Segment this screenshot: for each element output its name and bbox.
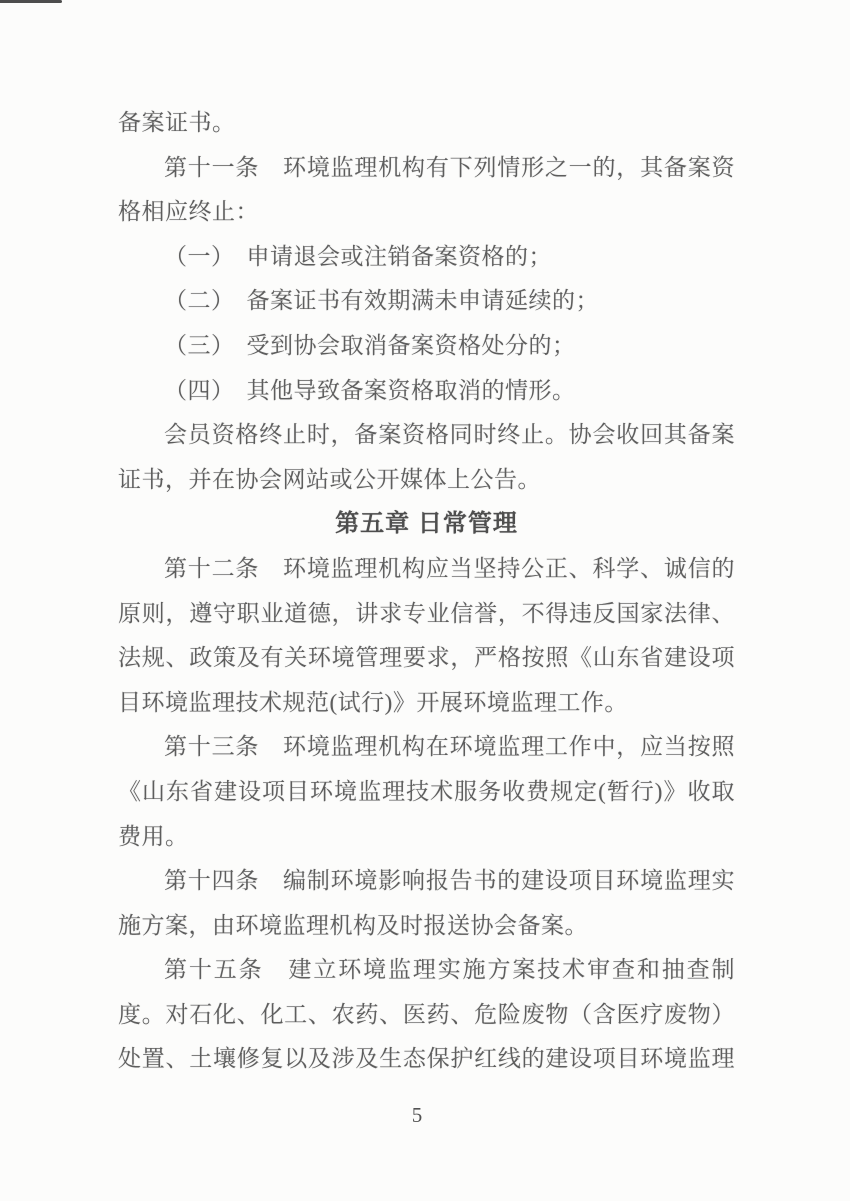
- scanned-document-page: 备案证书。 第十一条 环境监理机构有下列情形之一的，其备案资 格相应终止： （一…: [0, 0, 850, 1201]
- scan-edge-artifact: [0, 0, 62, 3]
- article-11-line: 第十一条 环境监理机构有下列情形之一的，其备案资: [118, 146, 735, 191]
- list-item-1: （一） 申请退会或注销备案资格的；: [118, 235, 735, 280]
- text-line: 会员资格终止时，备案资格同时终止。协会收回其备案: [118, 413, 735, 458]
- text-line: 费用。: [118, 815, 735, 860]
- text-line: 度。对石化、化工、农药、医药、危险废物（含医疗废物）: [118, 993, 735, 1038]
- list-item-2: （二） 备案证书有效期满未申请延续的；: [118, 279, 735, 324]
- article-15-line: 第十五条 建立环境监理实施方案技术审查和抽查制: [118, 948, 735, 993]
- document-body: 备案证书。 第十一条 环境监理机构有下列情形之一的，其备案资 格相应终止： （一…: [118, 101, 735, 1082]
- text-line: 目环境监理技术规范(试行)》开展环境监理工作。: [118, 681, 735, 726]
- text-line: 证书，并在协会网站或公开媒体上公告。: [118, 458, 735, 503]
- text-line: 施方案，由环境监理机构及时报送协会备案。: [118, 904, 735, 949]
- list-item-4: （四） 其他导致备案资格取消的情形。: [118, 369, 735, 414]
- page-number: 5: [0, 1103, 834, 1128]
- text-line: 格相应终止：: [118, 190, 735, 235]
- text-line: 备案证书。: [118, 101, 735, 146]
- text-line: 处置、土壤修复以及涉及生态保护红线的建设项目环境监理: [118, 1037, 735, 1082]
- article-12-line: 第十二条 环境监理机构应当坚持公正、科学、诚信的: [118, 547, 735, 592]
- chapter-heading: 第五章 日常管理: [118, 502, 735, 547]
- article-14-line: 第十四条 编制环境影响报告书的建设项目环境监理实: [118, 859, 735, 904]
- article-13-line: 第十三条 环境监理机构在环境监理工作中，应当按照: [118, 725, 735, 770]
- text-line: 原则，遵守职业道德，讲求专业信誉，不得违反国家法律、: [118, 592, 735, 637]
- list-item-3: （三） 受到协会取消备案资格处分的；: [118, 324, 735, 369]
- text-line: 《山东省建设项目环境监理技术服务收费规定(暂行)》收取: [118, 770, 735, 815]
- text-line: 法规、政策及有关环境管理要求，严格按照《山东省建设项: [118, 636, 735, 681]
